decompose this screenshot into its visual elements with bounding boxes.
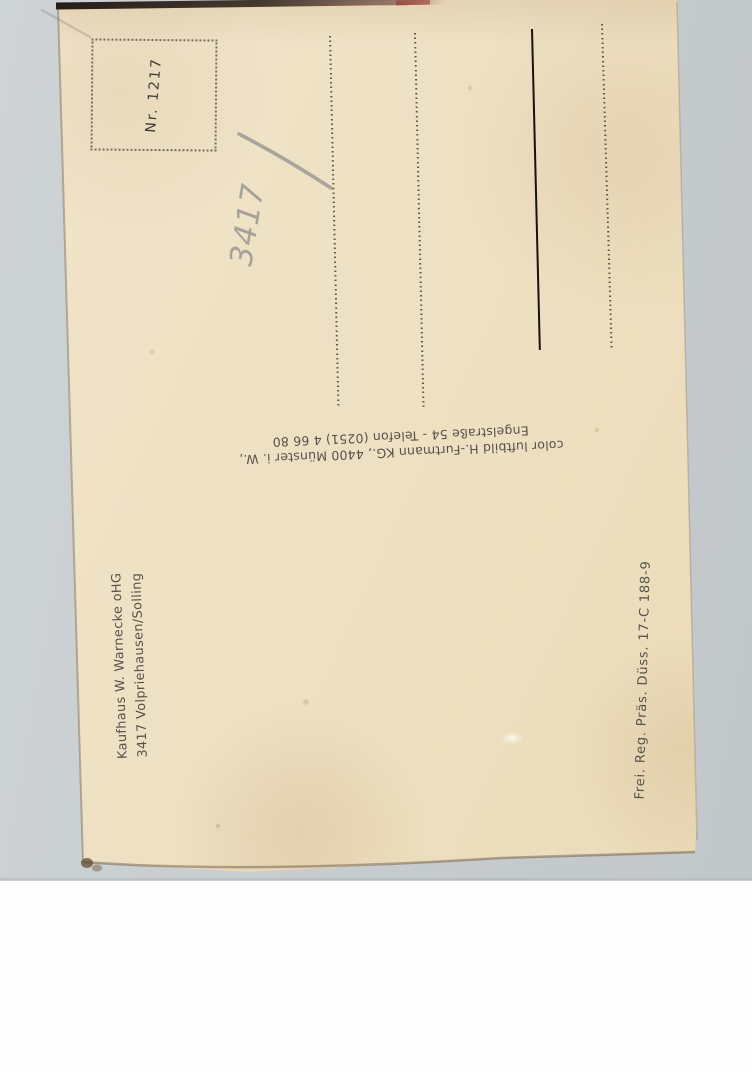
sender-imprint-sideways: Kaufhaus W. Warnecke oHG 3417 Volpriehau… xyxy=(107,569,153,762)
stamp-box-number: Nr. 1217 xyxy=(143,57,165,134)
address-divider-solid xyxy=(531,29,541,350)
postcard-back: Nr. 1217 color luftbild H.-Furtmann KG.,… xyxy=(0,0,752,1072)
stamp-box: Nr. 1217 xyxy=(91,38,218,151)
publisher-imprint-upside-down: color luftbild H.-Furtmann KG., 4400 Mün… xyxy=(230,421,571,467)
license-imprint-sideways: Frei. Reg. Präs. Düss. 17-C 188-9 xyxy=(633,577,654,799)
address-divider-dotted-2 xyxy=(414,33,424,407)
scanner-background-edge xyxy=(0,878,752,881)
address-divider-dotted-3 xyxy=(601,24,613,348)
address-divider-dotted-1 xyxy=(329,36,339,407)
